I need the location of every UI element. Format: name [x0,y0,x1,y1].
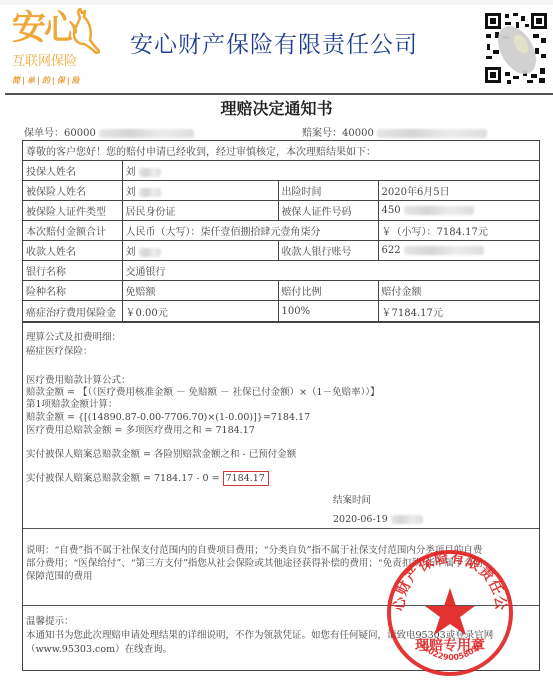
redacted-blur [404,246,484,255]
coverage-header-row: 险种名称 免赔额 赔付比例 赔付金额 [23,281,539,301]
payout-ratio: 100% [278,301,378,322]
table-row: 投保人姓名 刘 [23,161,539,181]
calc-line: 第1项赔款金额计算： [26,399,118,411]
redacted-blur [139,168,161,177]
tips-line: （www.95303.com）在线查询。 [26,644,172,656]
calc-line: 医疗费用总赔款金额 = 多项医疗费用之和 = 7184.17 [26,425,255,437]
amount-in-figures: ￥（小写）：7184.17元 [378,221,539,241]
logo-slogan: 简|单|的|保|险 [12,75,82,87]
explanation-section: 说明：“自费”指不属于社保支付范围内的自费项目费用；“分类自负”指不属于社保支付… [23,528,539,605]
amount-in-words: 人民币（大写）：柒仟壹佰捌拾肆元壹角柒分 [122,221,378,241]
greeting-row: 尊敬的客户您好！您的赔付申请已经收到，经过审慎核定，本次理赔结果如下： [23,141,539,161]
tips-title: 温馨提示： [26,616,74,628]
redacted-blur [139,188,161,197]
case-number: 赔案号：40000 [302,124,487,139]
field-value: 622 [378,241,539,261]
field-value: 2020年6月5日 [378,181,539,201]
top-strip [0,0,553,5]
field-value: 交通银行 [122,261,539,281]
field-label: 收款人姓名 [23,241,122,261]
calc-line: 赔款金额 = 【（（医疗费用核准金额 － 免赔额 － 社保已付金额）×（1－免赔… [26,387,380,399]
case-number-label: 赔案号： [302,128,342,139]
field-label: 被保人证件号码 [278,201,378,221]
final-amount-highlight: 7184.17 [223,471,269,486]
field-value: 刘 [122,161,539,181]
field-value: 刘 [122,241,278,261]
coverage-row: 癌症治疗费用保险金 ￥0.00元 100% ￥7184.17元 [23,301,539,322]
payout-amount: ￥7184.17元 [378,301,539,322]
company-name: 安心财产保险有限责任公司 [130,30,418,60]
final-amount-line: 实付被保人赔案总赔款金额 = 7184.17 - 0 = 7184.17 [26,473,269,485]
logo-subtitle: 互联网保险 [12,54,77,70]
note-line: 说明：“自费”指不属于社保支付范围内的自费项目费用；“分类自负”指不属于社保支付… [26,545,482,557]
table-row: 被保险人姓名 刘 出险时间 2020年6月5日 [23,181,539,201]
note-line: 保障范围的费用 [26,571,93,583]
calculation-section: 理算公式及扣费明细： 癌症医疗保险： 医疗费用赔款计算公式： 赔款金额 = 【（… [23,322,539,528]
greeting-text: 尊敬的客户您好！您的赔付申请已经收到，经过审慎核定，本次理赔结果如下： [23,141,539,161]
close-time-label: 结案时间 [333,495,371,507]
claim-decision-form: 尊敬的客户您好！您的赔付申请已经收到，经过审慎核定，本次理赔结果如下： 投保人姓… [22,140,540,671]
redacted-blur [139,248,161,257]
calc-line: 医疗费用赔款计算公式： [26,375,131,387]
policy-number-label: 保单号： [24,128,64,139]
calc-line: 实付被保人赔案总赔款金额 = 各险别赔款金额之和 - 已预付金额 [26,449,296,461]
redacted-blur [404,206,474,215]
field-label: 本次赔付金额合计 [23,221,122,241]
column-header: 险种名称 [23,281,122,301]
table-row: 本次赔付金额合计 人民币（大写）：柒仟壹佰捌拾肆元壹角柒分 ￥（小写）：7184… [23,221,539,241]
document-title: 理赔决定通知书 [0,98,553,120]
table-row: 收款人姓名 刘 收款人银行账号 622 [23,241,539,261]
field-value: 450 [378,201,539,221]
note-line: 部分费用；“医保给付”、“第三方支付”指您从社会保险或其他途径获得补偿的费用；“… [26,558,483,570]
deductible: ￥0.00元 [122,301,278,322]
field-label: 被保险人姓名 [23,181,122,201]
redacted-blur [391,515,423,524]
table-row: 银行名称 交通银行 [23,261,539,281]
table-row: 被保险人证件类型 居民身份证 被保人证件号码 450 [23,201,539,221]
field-value: 刘 [122,181,278,201]
field-label: 银行名称 [23,261,122,281]
column-header: 免赔额 [122,281,278,301]
field-value: 居民身份证 [122,201,278,221]
field-label: 被保险人证件类型 [23,201,122,221]
column-header: 赔付金额 [378,281,539,301]
coverage-name: 癌症治疗费用保险金 [23,301,122,322]
tips-line: 本通知书为您此次理赔申请处理结果的详细说明，不作为领款凭证。如您有任何疑问，请致… [26,630,493,642]
policy-number: 保单号：60000 [24,124,194,139]
header-divider [5,93,553,95]
calc-line: 理算公式及扣费明细： [26,332,121,344]
final-amount-formula: 实付被保人赔案总赔款金额 = 7184.17 - 0 = [26,473,223,484]
field-label: 收款人银行账号 [278,241,378,261]
brand-logo: 安心 互联网保险 简|单|的|保|险 [12,8,102,94]
policy-number-value: 60000 [64,128,96,139]
claim-info-table: 尊敬的客户您好！您的赔付申请已经收到，经过审慎核定，本次理赔结果如下： 投保人姓… [23,141,539,322]
redacted-blur [99,129,194,138]
calc-line: 癌症医疗保险： [26,346,93,358]
column-header: 赔付比例 [278,281,378,301]
calc-line: 赔款金额 = {[(14890.87-0.00-7706.70)×(1-0.00… [26,412,310,424]
field-label: 投保人姓名 [23,161,122,181]
tips-section: 温馨提示： 本通知书为您此次理赔申请处理结果的详细说明，不作为领款凭证。如您有任… [23,605,539,670]
redacted-blur [377,129,487,138]
close-time-value: 2020-06-19 [333,514,423,526]
case-number-value: 40000 [342,128,374,139]
kangaroo-icon [64,8,100,56]
qr-code-icon [483,10,549,86]
field-label: 出险时间 [278,181,378,201]
